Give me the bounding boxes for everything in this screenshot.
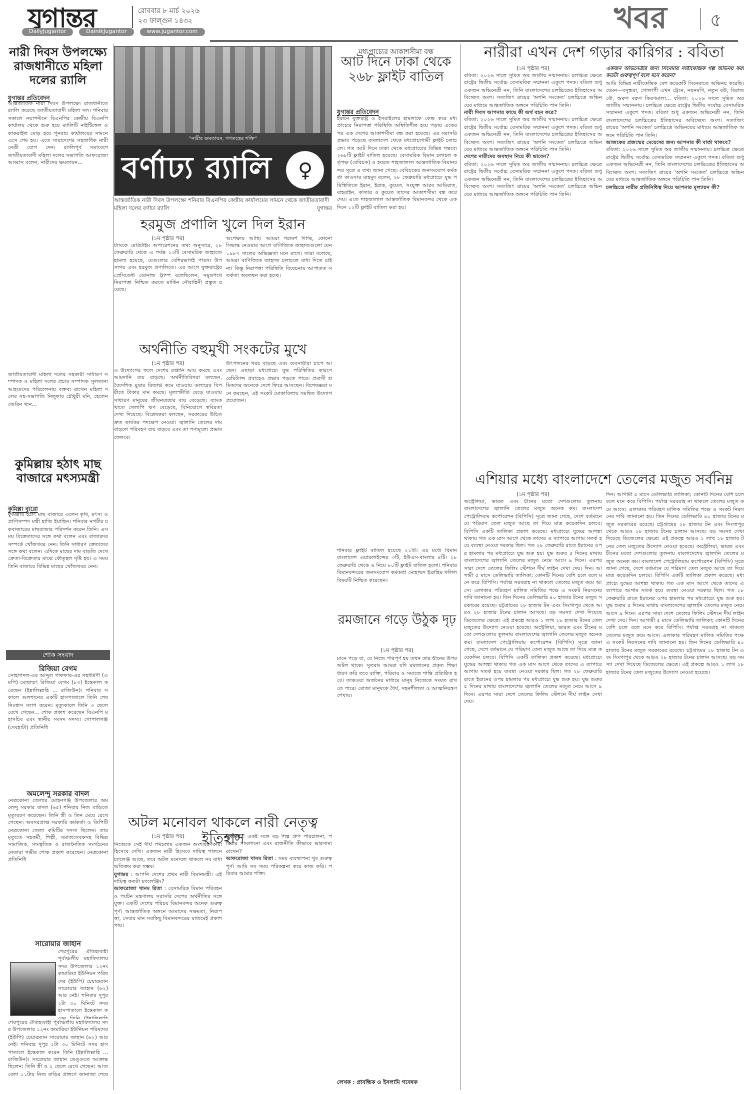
rally-photo-main: "নারীর ক্ষমতায়ন, গণতন্ত্রের শক্তি" বর্ণ… [114,46,332,196]
headline-flights[interactable]: আট দিনে ঢাকা থেকে ২৬৮ ফ্লাইট বাতিল [335,56,457,86]
qa-text: বেসামরিক বিমান পরিবহন ও পর্যটন মন্ত্রণাল… [114,886,222,929]
interview-body: যুগান্তর : একই সঙ্গে বড় শিল্প গ্রুপ পরি… [226,834,332,1090]
condolence-header: শোক সংবাদ [6,650,110,660]
article-body: উৎপাদনের খরচ বাড়ছে এবং ব্যবসায়ীরা চাপে… [226,361,332,808]
headline-oil-reserve[interactable]: এশিয়ার মধ্যে বাংলাদেশে তেলের মজুত সর্বন… [464,472,744,488]
obituary-text: সোহাগদল-এর আব্দুল গাফফার-এর সহধর্মিণী (এ… [8,673,108,783]
rally-banner: বর্ণাঢ্য র‍্যালি ♀ [115,145,331,195]
article-body: ইরানে যুক্তরাষ্ট্র ও ইসরাইলের হামলাকে কে… [337,116,457,546]
article-body: অপেক্ষায় আছি। আমরা পরামর্শ দিচ্ছি, কোনো… [226,236,332,333]
article-text: ববিতা: ২০২৬ সালে সুমিত অর জাতীয় সম্মানন… [464,162,602,198]
banner-slogan: "নারীর ক্ষমতায়ন, গণতন্ত্রের শক্তি" [115,133,331,145]
column-divider [460,44,461,1090]
twitter-link[interactable]: DailyJugantor [22,28,73,36]
website-link[interactable]: www.jugantor.com [140,28,205,36]
obituary-text: শেরপুরের ঐতিহ্যবাহী পূর্বাঞ্চলীয় মহাবিদ… [58,949,108,1019]
article-body-continued: জাতীয়তাবাদী মহিলা দলের সহকারী সাধারণ সম… [8,372,108,452]
headline-fish-market[interactable]: কুমিল্লায় হঠাৎ মাছ বাজারে মৎস্যমন্ত্রী [8,458,108,486]
article-body: একজন অভিনেত্রীর জন্য সিনেমায় নারীকেন্দ্… [606,66,744,468]
jump-line: (১ম পৃষ্ঠার পর) [114,834,222,842]
article-text: ববিতা: ২০২৬ সালে সুমিত অর জাতীয় সম্মানন… [464,73,602,109]
interview-body: নিজেকে সেই দীর্ঘ পথচলার একজন অংশগ্রহণকার… [114,842,222,1090]
article-text: অস্ট্রেলিয়া, ভারত এবং চীনের মতো দেশগুলো… [464,499,602,572]
headline-hormuz[interactable]: হরমুজ প্রণালি খুলে দিল ইরান [114,217,332,233]
question: একজন অভিনেত্রীর জন্য সিনেমায় নারীকেন্দ্… [606,66,744,81]
obituary-portrait [10,962,56,1016]
obituary-text: নেত্রকোনা জেলার মোহনগঞ্জ উপজেলার অমলেন্দ… [8,798,108,936]
article-body: দিন। আগামী ৫ মাসে ডেলিভারি তালিকা; কোনটি… [606,492,744,1089]
article-body: এ উদ্যোগের ফলে দেশের রপ্তানি আয় কমছে এব… [114,368,222,808]
interview-intro: নিজেকে সেই দীর্ঘ পথচলার একজন অংশগ্রহণকার… [114,842,222,872]
article-body: অস্ট্রেলিয়া, ভারত এবং চীনের মতো দেশগুলো… [464,499,602,1089]
question: দেশের নারীদের অবস্থান নিয়ে কী ভাবেন? [464,154,602,161]
article-body: ট্যাংকে মেরিটাইম অপারেশনের তথ্য অনুসারে,… [114,243,222,333]
caption-text: আন্তর্জাতিক নারী দিবস উপলক্ষ্যে শনিবার ব… [114,198,329,212]
article-body: কুমিল্লায় হঠাৎ মাছ বাজারে এলেন কৃষি, মৎ… [8,512,108,644]
women-profile-logo-icon: ♀ [286,151,324,189]
obituary-text: শেরপুরের ঐতিহ্যবাহী পূর্বাঞ্চলীয় মহাবিদ… [8,1020,108,1078]
author-line: লেখক : প্রাবন্ধিক ও ইসলামি গবেষক [337,1080,457,1088]
date-gregorian: রোববার ৮ মার্চ ২০২৬ [138,6,200,16]
article-body: শনিবার ফ্লাইট বাতিল হয়েছে ২১টি। এর মধ্য… [337,548,457,604]
question: চলচ্চিত্রে নারীর প্রতিনিধিত্ব নিয়ে আপনা… [606,185,744,192]
masthead-divider [132,6,133,28]
article-text: দিন। আগামী ৫ মাসে ডেলিভারি তালিকা; কোনটি… [606,492,744,550]
social-links: DailyJugantor DainikJugantor www.juganto… [22,28,205,36]
section-divider [700,8,701,30]
qa-speaker: আফরোজা খানম রিতা [226,856,273,862]
article-body: আন্তর্জাতিক নারী দিবস উপলক্ষ্যে রাজধানীত… [8,101,108,369]
article-text: অস্ট্রেলিয়া, ভারত এবং চীনের মতো দেশগুলো… [606,544,744,624]
section-title: খবর [614,4,667,34]
headline-bobita[interactable]: নারীরা এখন দেশ গড়ার কারিগর : ববিতা [464,44,744,61]
banner-text: বর্ণাঢ্য র‍্যালি [122,144,273,195]
article-text: ববিতা: ২০২৬ সালে সুমিত অর জাতীয় সম্মানন… [606,147,744,183]
qa-text: একই সঙ্গে বড় শিল্প গ্রুপ পরিচালনা, পরিব… [226,834,332,855]
headline-women-rally[interactable]: নারী দিবস উপলক্ষ্যে রাজধানীতে মহিলা দলের… [8,46,108,87]
article-text: ববিতা: ২০২৬ সালে সুমিত অর জাতীয় সম্মানন… [606,96,744,139]
crowd-texture [115,47,331,136]
qa-item: আফরোজা খানম রিতা : বেসামরিক বিমান পরিবহন… [114,886,222,930]
page-number: ৫ [710,6,722,37]
photo-credit: যুগান্তর [317,205,332,213]
date-bangla: ২৩ ফাল্গুন ১৪৩২ [138,16,200,26]
article-text: দিন। আগামী ৫ মাসে ডেলিভারি তালিকা; কোনটি… [464,566,602,631]
qa-speaker: আফরোজা খানম রিতা [114,886,162,892]
article-text: ববিতা: ২০২৬ সালে সুমিত অর জাতীয় সম্মানন… [464,117,602,153]
qa-speaker: যুগান্তর [114,872,128,878]
article-body: ববিতা: ২০২৬ সালে সুমিত অর জাতীয় সম্মানন… [464,73,602,468]
qa-speaker: যুগান্তর [226,834,240,840]
headline-ramadan[interactable]: রমজানে গড়ে উঠুক দৃঢ় [337,614,457,629]
facebook-link[interactable]: DainikJugantor [79,28,134,36]
qa-item: যুগান্তর : একই সঙ্গে বড় শিল্প গ্রুপ পরি… [226,834,332,856]
qa-text: আপনি দেশের প্রথম নারী বিমানমন্ত্রী। এই দ… [114,872,222,885]
article-text: অস্ট্রেলিয়া, ভারত এবং চীনের মতো দেশগুলো… [464,625,602,705]
qa-item: যুগান্তর : আপনি দেশের প্রথম নারী বিমানমন… [114,872,222,887]
jump-line: (১ম পৃষ্ঠার পর) [337,648,457,656]
header-rule [210,40,738,42]
headline-economy[interactable]: অর্থনীতি বহুমুখী সংকটের মুখে [114,342,332,358]
qa-item: আফরোজা খানম রিতা : সময় ব্যবস্থাপনা খুব … [226,856,332,878]
article-body: মানে পড়ে যা, যে নিজে পরিপূর্ণ হয় তখন ত… [337,656,457,1076]
article-text: দিন। আগামী ৫ মাসে ডেলিভারি তালিকা; কোনটি… [606,618,744,676]
masthead-date: রোববার ৮ মার্চ ২০২৬ ২৩ ফাল্গুন ১৪৩২ [138,6,200,26]
photo-caption: আন্তর্জাতিক নারী দিবস উপলক্ষ্যে শনিবার ব… [114,197,332,213]
